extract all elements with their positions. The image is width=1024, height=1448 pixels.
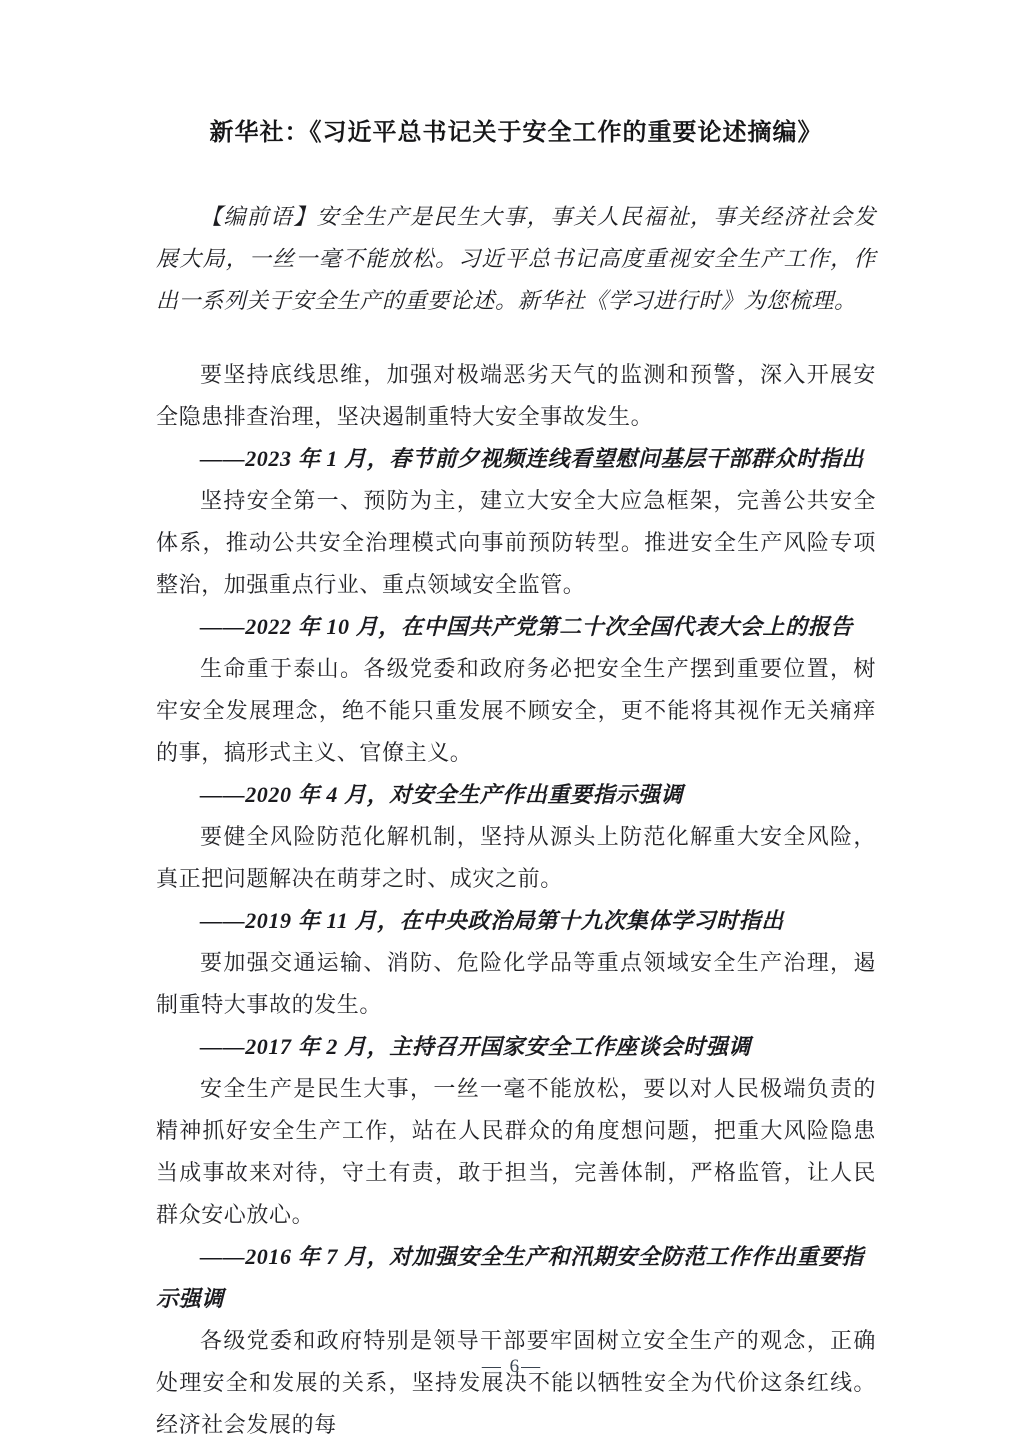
quote-section: 要健全风险防范化解机制，坚持从源头上防范化解重大安全风险，真正把问题解决在萌芽之… xyxy=(156,816,876,942)
quote-paragraph: 安全生产是民生大事，一丝一毫不能放松，要以对人民极端负责的精神抓好安全生产工作，… xyxy=(156,1068,876,1236)
quote-attribution: ——2016 年 7 月，对加强安全生产和汛期安全防范工作作出重要指示强调 xyxy=(156,1236,876,1320)
quote-section: 要加强交通运输、消防、危险化学品等重点领域安全生产治理，遏制重特大事故的发生。 … xyxy=(156,942,876,1068)
quote-section: 生命重于泰山。各级党委和政府务必把安全生产摆到重要位置，树牢安全发展理念，绝不能… xyxy=(156,648,876,816)
quote-section: 要坚持底线思维，加强对极端恶劣天气的监测和预警，深入开展安全隐患排查治理，坚决遏… xyxy=(156,354,876,480)
editor-note: 【编前语】安全生产是民生大事，事关人民福祉，事关经济社会发展大局，一丝一毫不能放… xyxy=(156,196,876,322)
quote-paragraph: 要加强交通运输、消防、危险化学品等重点领域安全生产治理，遏制重特大事故的发生。 xyxy=(156,942,876,1026)
document-title: 新华社：《习近平总书记关于安全工作的重要论述摘编》 xyxy=(156,116,876,150)
quote-attribution: ——2023 年 1 月，春节前夕视频连线看望慰问基层干部群众时指出 xyxy=(156,438,876,480)
document-page: 新华社：《习近平总书记关于安全工作的重要论述摘编》 【编前语】安全生产是民生大事… xyxy=(0,0,1024,1448)
quote-paragraph: 要坚持底线思维，加强对极端恶劣天气的监测和预警，深入开展安全隐患排查治理，坚决遏… xyxy=(156,354,876,438)
quote-attribution: ——2017 年 2 月，主持召开国家安全工作座谈会时强调 xyxy=(156,1026,876,1068)
quote-section: 坚持安全第一、预防为主，建立大安全大应急框架，完善公共安全体系，推动公共安全治理… xyxy=(156,480,876,648)
quote-attribution: ——2020 年 4 月，对安全生产作出重要指示强调 xyxy=(156,774,876,816)
quote-attribution: ——2022 年 10 月，在中国共产党第二十次全国代表大会上的报告 xyxy=(156,606,876,648)
page-number: — 6— xyxy=(0,1356,1024,1378)
quote-paragraph: 要健全风险防范化解机制，坚持从源头上防范化解重大安全风险，真正把问题解决在萌芽之… xyxy=(156,816,876,900)
quote-attribution: ——2019 年 11 月，在中央政治局第十九次集体学习时指出 xyxy=(156,900,876,942)
quote-section: 安全生产是民生大事，一丝一毫不能放松，要以对人民极端负责的精神抓好安全生产工作，… xyxy=(156,1068,876,1320)
quote-paragraph: 坚持安全第一、预防为主，建立大安全大应急框架，完善公共安全体系，推动公共安全治理… xyxy=(156,480,876,606)
trailing-quote-paragraph: 各级党委和政府特别是领导干部要牢固树立安全生产的观念，正确处理安全和发展的关系，… xyxy=(156,1320,876,1446)
quote-paragraph: 生命重于泰山。各级党委和政府务必把安全生产摆到重要位置，树牢安全发展理念，绝不能… xyxy=(156,648,876,774)
